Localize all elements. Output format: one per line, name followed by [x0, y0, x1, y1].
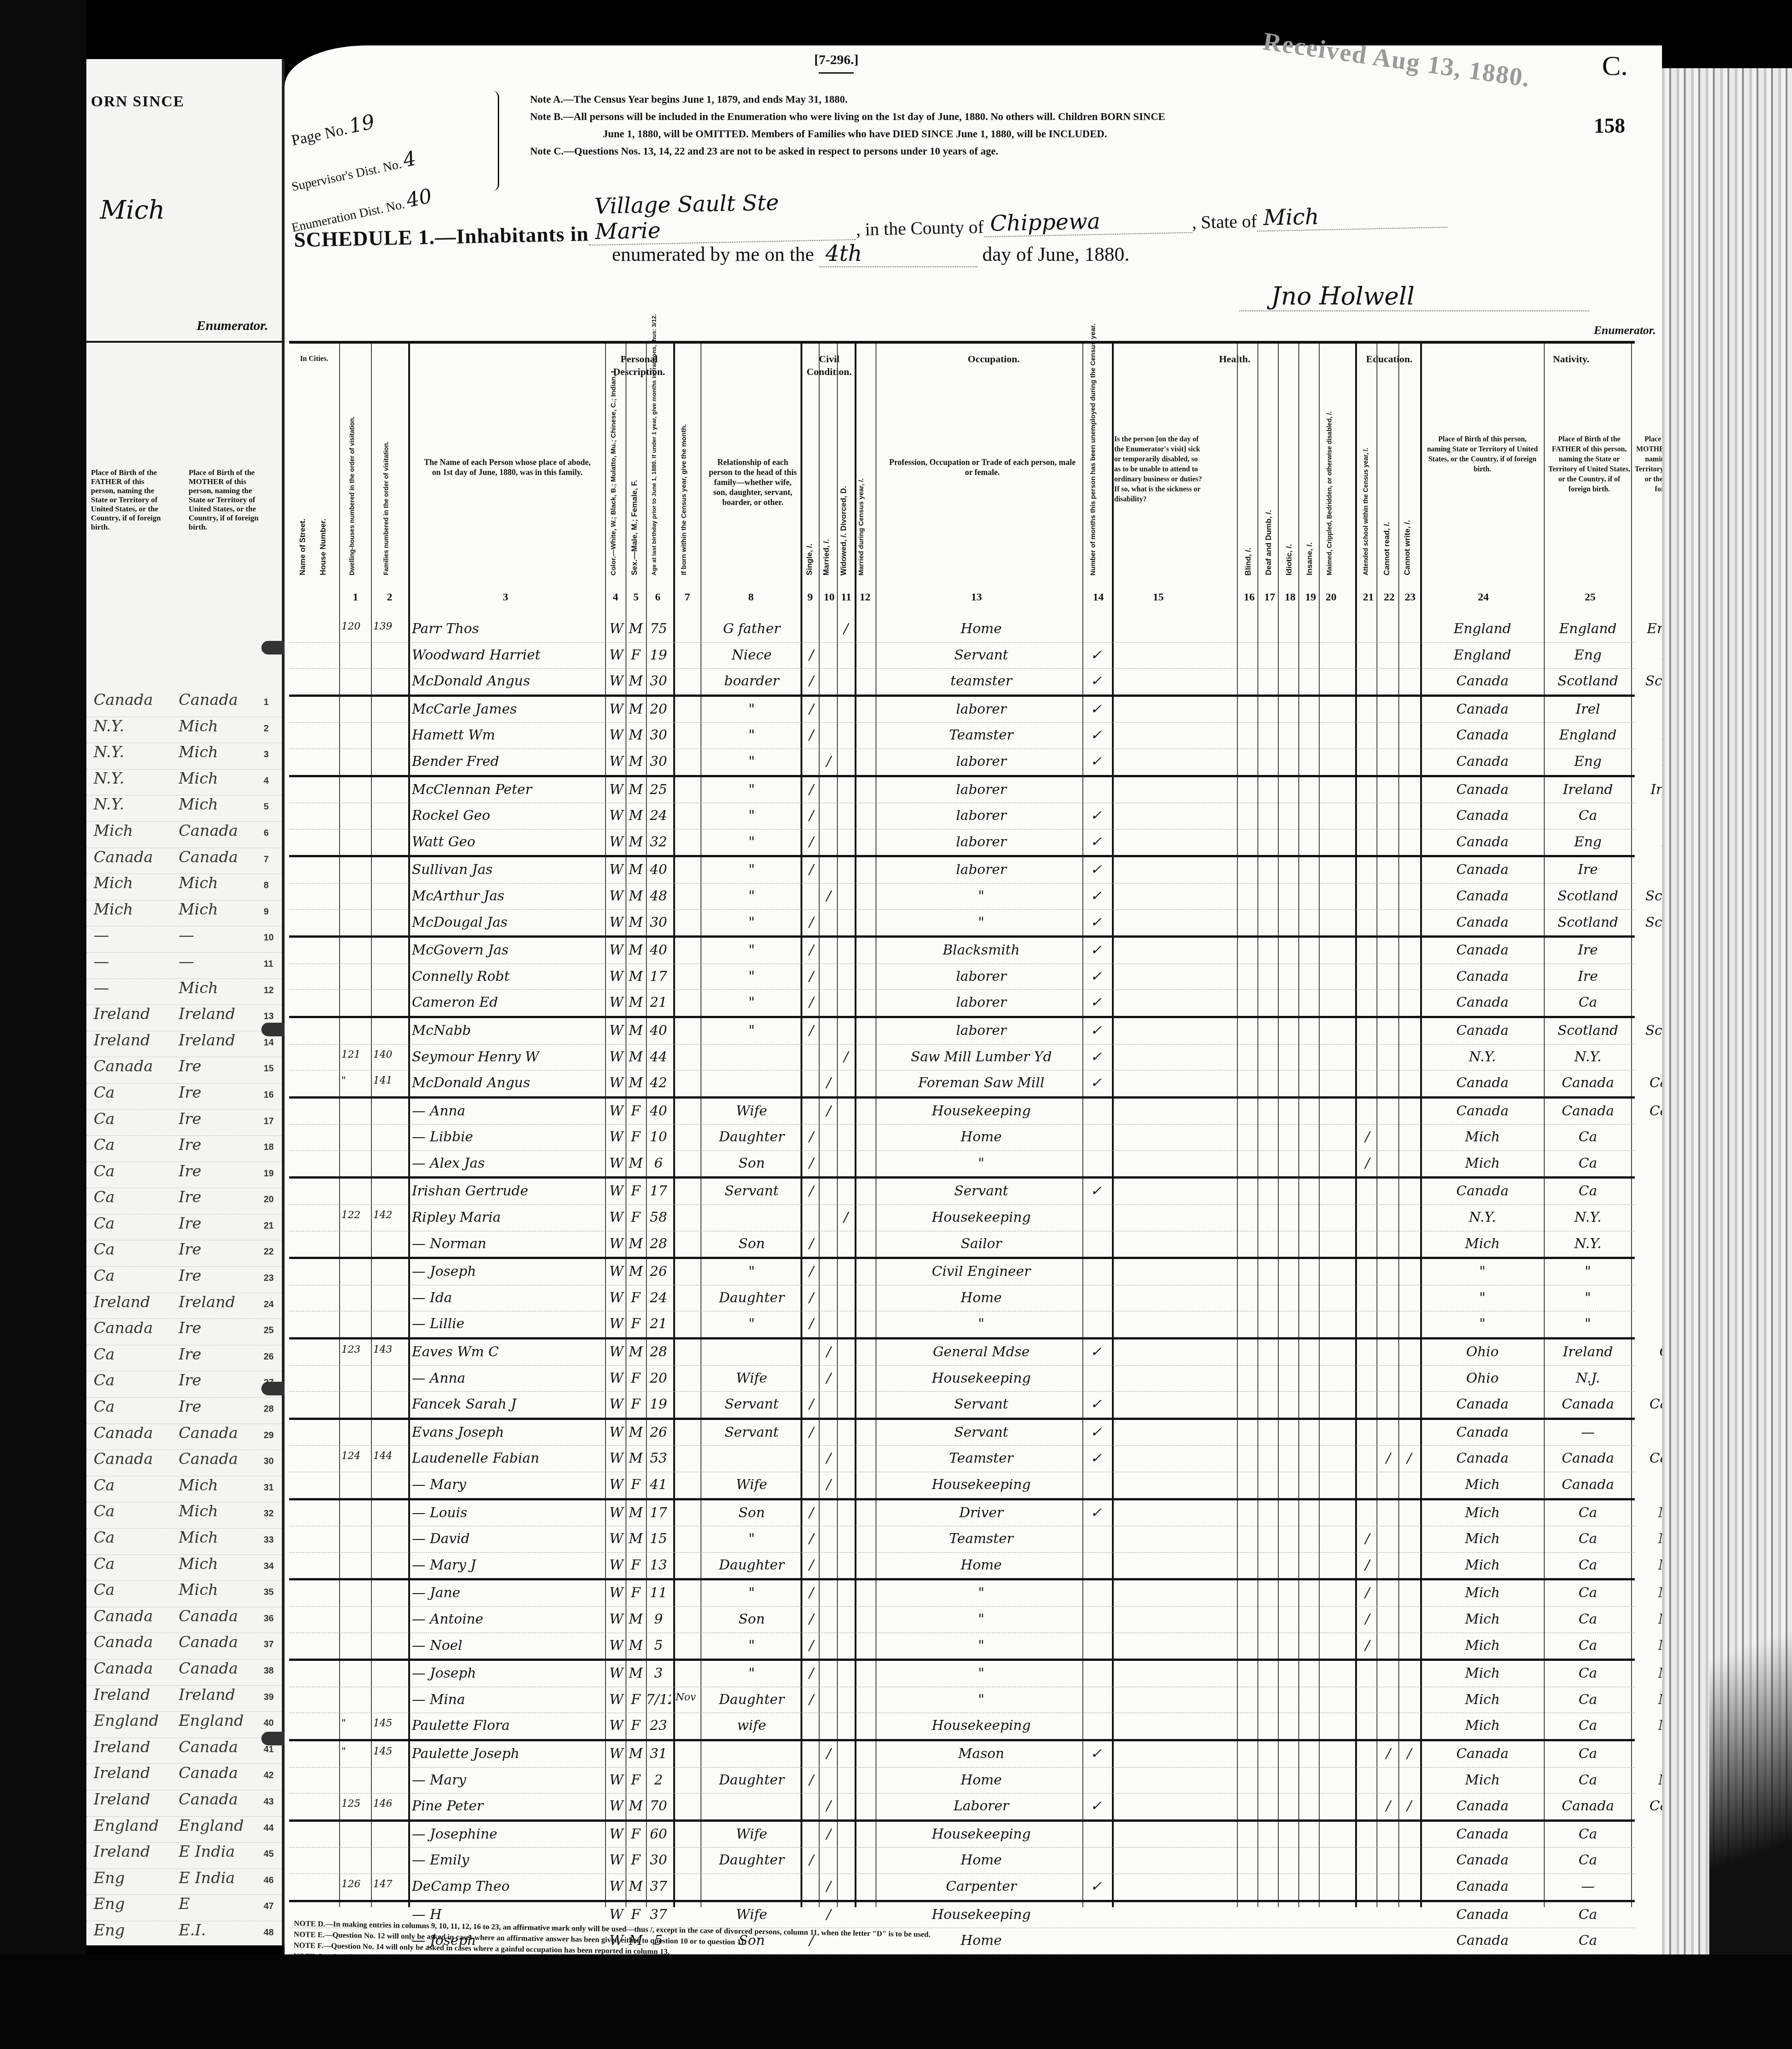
person-name: McGovern Jas [412, 942, 603, 958]
table-row: 122142Ripley MariaWF58/HousekeepingN.Y.N… [289, 1205, 1635, 1231]
person-name: Seymour Henry W [412, 1049, 603, 1065]
meta-brace [491, 91, 499, 191]
header-col23: Cannot write, /. [1403, 520, 1412, 575]
facing-line-number: 10 [256, 926, 282, 952]
facing-mother-birthplace: Mich [171, 1529, 256, 1554]
sex: M [626, 621, 646, 637]
age: 26 [646, 1424, 671, 1440]
unemployed-mark: ✓ [1082, 1798, 1110, 1814]
dwelling-number: 125 [341, 1798, 373, 1809]
father-birthplace: Eng [1545, 834, 1631, 850]
dwelling-number: 126 [341, 1879, 373, 1890]
facing-mother-birthplace: Ire [171, 1240, 256, 1266]
father-birthplace: Ca [1545, 1692, 1631, 1708]
facing-mother-birthplace: Canada [171, 1607, 256, 1633]
facing-page-rule [86, 341, 282, 343]
facing-page-row: MichMich9 [86, 900, 282, 927]
sex: M [626, 1049, 646, 1065]
table-row: — AnnaWF40Wife/HousekeepingCanadaCanadaC… [289, 1099, 1635, 1125]
occupation: laborer [880, 1023, 1082, 1039]
family-number: 143 [373, 1344, 407, 1355]
note-b-line1: Note B.—All persons will be included in … [530, 108, 1576, 125]
relationship: Wife [703, 1907, 801, 1923]
facing-line-number: 31 [256, 1476, 282, 1502]
birthplace: Canada [1421, 1907, 1544, 1923]
single-mark: / [803, 1129, 820, 1145]
age: 60 [646, 1826, 671, 1842]
sex: M [626, 1798, 646, 1814]
facing-father-birthplace: N.Y. [86, 743, 171, 769]
header-col1: Dwelling-houses numbered in the order of… [348, 416, 355, 575]
color: W [607, 1611, 626, 1627]
facing-father-birthplace: Mich [86, 874, 171, 900]
unemployed-mark: ✓ [1082, 1424, 1110, 1440]
age: 75 [646, 621, 671, 637]
facing-page-rows: CanadaCanada1N.Y.Mich2N.Y.Mich3N.Y.Mich4… [86, 691, 282, 1945]
age: 30 [646, 673, 671, 689]
father-birthplace: Canada [1545, 1798, 1631, 1814]
facing-page-row: IrelandIreland13 [86, 1005, 282, 1031]
relationship: " [703, 701, 801, 717]
header-col7: If born within the Census year, give the… [680, 424, 688, 575]
facing-line-number: 21 [256, 1214, 282, 1240]
header-col4: Color.—White, W.; Black, B.; Mulatto, Mu… [610, 369, 617, 575]
facing-father-birthplace: — [86, 926, 171, 952]
form-code: [7-296.] [814, 52, 858, 68]
table-row: Bender FredWM30"/laborer✓CanadaEngEng6 [289, 749, 1635, 777]
color: W [607, 995, 626, 1010]
father-birthplace: N.Y. [1545, 1209, 1631, 1225]
age: 19 [646, 647, 671, 663]
header-street: Name of Street. [298, 519, 307, 575]
facing-father-birthplace: Ca [86, 1502, 171, 1528]
day-suffix: day of June, 1880. [982, 243, 1130, 265]
sex: M [626, 1611, 646, 1627]
person-name: Evans Joseph [412, 1424, 603, 1440]
attended-school-mark: / [1357, 1129, 1377, 1145]
birthplace: Mich [1421, 1505, 1544, 1521]
occupation: Home [880, 1290, 1082, 1306]
age: 31 [646, 1746, 671, 1762]
father-birthplace: Ca [1545, 1826, 1631, 1842]
facing-line-number: 7 [256, 848, 282, 874]
person-name: — Emily [412, 1852, 603, 1868]
father-birthplace: — [1545, 1879, 1631, 1894]
birthplace: Canada [1421, 1103, 1544, 1119]
father-birthplace: Ireland [1545, 1344, 1631, 1360]
unemployed-mark: ✓ [1082, 647, 1110, 663]
person-name: — Mary [412, 1772, 603, 1788]
facing-father-birthplace: Eng [86, 1921, 171, 1945]
widowed-mark: / [837, 1049, 855, 1065]
relationship: Wife [703, 1370, 801, 1386]
relationship: " [703, 1665, 801, 1681]
color: W [607, 834, 626, 850]
occupation: laborer [880, 862, 1082, 878]
person-name: Paulette Flora [412, 1718, 603, 1734]
father-birthplace: Ca [1545, 1852, 1631, 1868]
facing-mother-birthplace: Ireland [171, 1293, 256, 1319]
relationship: Daughter [703, 1557, 801, 1573]
facing-line-number: 48 [256, 1921, 282, 1945]
header-col18: Idiotic, /. [1285, 544, 1294, 575]
facing-line-number: 34 [256, 1555, 282, 1581]
father-birthplace: Ire [1545, 969, 1631, 985]
unemployed-mark: ✓ [1082, 1344, 1110, 1360]
occupation: Teamster [880, 1531, 1082, 1547]
scan-background [0, 1954, 1792, 2049]
occupation: laborer [880, 969, 1082, 985]
family-number: 145 [373, 1718, 407, 1729]
facing-mother-birthplace: Canada [171, 822, 256, 848]
facing-line-number: 12 [256, 979, 282, 1005]
sex: F [626, 1772, 646, 1788]
table-row: — NoelWM5"/"/MichCaMich39 [289, 1633, 1635, 1661]
birthplace: Canada [1421, 915, 1544, 930]
single-mark: / [803, 1264, 820, 1279]
column-number: 23 [1405, 591, 1416, 604]
person-name: — Noel [412, 1638, 603, 1654]
birthplace: Canada [1421, 1798, 1544, 1814]
relationship: " [703, 1316, 801, 1332]
facing-father-birthplace: Ca [86, 1084, 171, 1109]
table-row: — IdaWF24Daughter/Home"""26 [289, 1285, 1635, 1312]
unemployed-mark: ✓ [1082, 1075, 1110, 1091]
facing-father-birthplace: Canada [86, 1450, 171, 1476]
sex: M [626, 1075, 646, 1091]
married-mark: / [820, 1477, 837, 1493]
header-col14: Number of months this person has been un… [1089, 324, 1097, 575]
facing-line-number: 16 [256, 1084, 282, 1109]
relationship: Wife [703, 1477, 801, 1493]
father-birthplace: Irel [1545, 701, 1631, 717]
facing-page-row: CanadaIre15 [86, 1057, 282, 1084]
single-mark: / [803, 1424, 820, 1440]
father-birthplace: Ca [1545, 1505, 1631, 1521]
occupation: Housekeeping [880, 1103, 1082, 1119]
occupation: laborer [880, 995, 1082, 1010]
unemployed-mark: ✓ [1082, 888, 1110, 904]
facing-line-number: 22 [256, 1240, 282, 1266]
person-name: — Mary [412, 1477, 603, 1493]
facing-page-row: CaIre20 [86, 1188, 282, 1214]
relationship: Son [703, 1505, 801, 1521]
occupation: General Mdse [880, 1344, 1082, 1360]
facing-mother-birthplace: Canada [171, 1424, 256, 1450]
facing-father-birthplace: Canada [86, 1057, 171, 1083]
facing-line-number: 15 [256, 1057, 282, 1083]
header-col20: Maimed, Crippled, Bedridden, or otherwis… [1326, 411, 1333, 575]
table-row: — JosephWM3"/"MichCaMich40 [289, 1661, 1635, 1687]
birthplace: Canada [1421, 754, 1544, 770]
color: W [607, 1103, 626, 1119]
color: W [607, 888, 626, 904]
facing-page-enumerator-label: Enumerator. [196, 318, 268, 334]
column-number: 7 [685, 591, 690, 604]
facing-page-row: EngE.I.48 [86, 1921, 282, 1945]
facing-father-birthplace: Canada [86, 848, 171, 874]
table-row: — JosephWM26"/Civil Engineer"""25 [289, 1259, 1635, 1285]
facing-mother-birthplace: Ire [171, 1084, 256, 1109]
sex: M [626, 701, 646, 717]
color: W [607, 1746, 626, 1762]
single-mark: / [803, 701, 820, 717]
header-col13: Profession, Occupation or Trade of each … [885, 457, 1080, 477]
single-mark: / [803, 1236, 820, 1252]
father-birthplace: Ca [1545, 1129, 1631, 1145]
occupation: laborer [880, 834, 1082, 850]
facing-page-row: CanadaCanada36 [86, 1607, 282, 1634]
birthplace: Mich [1421, 1557, 1544, 1573]
relationship: Servant [703, 1424, 801, 1440]
unemployed-mark: ✓ [1082, 1505, 1110, 1521]
father-birthplace: " [1545, 1316, 1631, 1332]
facing-page-row: EnglandEngland40 [86, 1712, 282, 1738]
facing-page-row: CaMich35 [86, 1581, 282, 1607]
facing-page-row: CaMich34 [86, 1555, 282, 1581]
birthplace: Mich [1421, 1236, 1544, 1252]
occupation: Teamster [880, 1450, 1082, 1466]
unemployed-mark: ✓ [1082, 1183, 1110, 1199]
birthplace: Canada [1421, 888, 1544, 904]
facing-mother-birthplace: Canada [171, 1738, 256, 1764]
column-number: 2 [387, 591, 392, 604]
facing-page-row: CanadaCanada30 [86, 1450, 282, 1476]
birthplace: N.Y. [1421, 1049, 1544, 1065]
column-number: 10 [824, 591, 835, 604]
facing-father-birthplace: Eng [86, 1869, 171, 1895]
facing-line-number: 2 [256, 717, 282, 743]
facing-page-row: CaIre17 [86, 1110, 282, 1136]
facing-father-birthplace: Ireland [86, 1686, 171, 1712]
column-number: 14 [1093, 591, 1104, 604]
father-birthplace: " [1545, 1264, 1631, 1279]
facing-mother-birthplace: Ire [171, 1214, 256, 1240]
facing-father-birthplace: Ca [86, 1188, 171, 1214]
facing-father-birthplace: Ca [86, 1240, 171, 1266]
single-mark: / [803, 1505, 820, 1521]
color: W [607, 1826, 626, 1842]
table-row: Cameron EdWM21"/laborer✓CanadaCaCa15 [289, 990, 1635, 1018]
person-name: — Antoine [412, 1611, 603, 1627]
father-birthplace: N.J. [1545, 1370, 1631, 1386]
enumeration-day-field: 4th [819, 241, 977, 267]
facing-line-number: 6 [256, 822, 282, 848]
occupation: " [880, 1638, 1082, 1654]
unemployed-mark: ✓ [1082, 942, 1110, 958]
father-birthplace: Scotland [1545, 915, 1631, 930]
facing-mother-birthplace: Ire [171, 1136, 256, 1162]
father-birthplace: Canada [1545, 1396, 1631, 1412]
color: W [607, 1692, 626, 1708]
table-row: McDonald AngusWM30boarder/teamster✓Canad… [289, 669, 1635, 697]
sex: F [626, 1209, 646, 1225]
facing-line-number: 9 [256, 900, 282, 926]
birthplace: Canada [1421, 995, 1544, 1010]
age: 21 [646, 995, 671, 1010]
family-number: 147 [373, 1879, 407, 1890]
color: W [607, 1155, 626, 1171]
column-number: 5 [633, 591, 639, 604]
state-label: , State of [1191, 210, 1257, 233]
facing-father-birthplace: Canada [86, 1319, 171, 1345]
column-number: 1 [353, 591, 358, 604]
facing-line-number: 26 [256, 1345, 282, 1371]
age: 30 [646, 1852, 671, 1868]
occupation: " [880, 1665, 1082, 1681]
birthplace: " [1421, 1290, 1544, 1306]
table-row: — NormanWM28Son/SailorMichN.Y.N.Y.24 [289, 1231, 1635, 1259]
facing-page-row: CaMich32 [86, 1502, 282, 1529]
facing-page-row: CanadaCanada38 [86, 1659, 282, 1686]
facing-page-row: CaIre18 [86, 1136, 282, 1162]
facing-page-row: CaIre28 [86, 1398, 282, 1424]
received-stamp: Received Aug 13, 1880. [1261, 27, 1532, 93]
age: 21 [646, 1316, 671, 1332]
sex: M [626, 754, 646, 770]
birthplace: Mich [1421, 1718, 1544, 1734]
father-birthplace: England [1545, 621, 1631, 637]
facing-page-row: —Mich12 [86, 979, 282, 1005]
facing-line-number: 1 [256, 691, 282, 717]
family-number: 146 [373, 1798, 407, 1809]
color: W [607, 1852, 626, 1868]
single-mark: / [803, 1611, 820, 1627]
relationship: " [703, 1638, 801, 1654]
facing-mother-birthplace: Mich [171, 795, 256, 821]
place-field: Village Sault Ste Marie [588, 188, 856, 245]
occupation: Sailor [880, 1236, 1082, 1252]
sex: F [626, 1585, 646, 1601]
color: W [607, 1344, 626, 1360]
color: W [607, 862, 626, 878]
occupation: " [880, 1155, 1082, 1171]
facing-father-birthplace: Ireland [86, 1031, 171, 1057]
age: 26 [646, 1264, 671, 1279]
note-c: Note C.—Questions Nos. 13, 14, 22 and 23… [530, 143, 1576, 160]
relationship: " [703, 1023, 801, 1039]
facing-line-number: 28 [256, 1398, 282, 1424]
relationship: Daughter [703, 1290, 801, 1306]
father-birthplace: Ca [1545, 1638, 1631, 1654]
header-col9: Single, /. [805, 544, 814, 575]
occupation: " [880, 1611, 1082, 1627]
facing-line-number: 45 [256, 1843, 282, 1869]
occupation: laborer [880, 808, 1082, 824]
note-b-line2: June 1, 1880, will be OMITTED. Members o… [530, 125, 1576, 143]
facing-line-number: 43 [256, 1790, 282, 1816]
person-name: Sullivan Jas [412, 862, 603, 878]
occupation: Mason [880, 1746, 1082, 1762]
table-row: "145Paulette FloraWF23wifeHousekeepingMi… [289, 1713, 1635, 1741]
married-mark: / [820, 1826, 837, 1842]
enumerator-signature: Jno Holwell [1239, 282, 1589, 311]
sex: M [626, 888, 646, 904]
person-name: — Anna [412, 1370, 603, 1386]
table-row: Woodward HarrietWF19Niece/Servant✓Englan… [289, 643, 1635, 669]
birthplace: Ohio [1421, 1370, 1544, 1386]
table-row: — AntoineWM9Son/"/MichCaMich38 [289, 1607, 1635, 1633]
age: 70 [646, 1798, 671, 1814]
facing-line-number: 23 [256, 1267, 282, 1293]
occupation: Blacksmith [880, 942, 1082, 958]
father-birthplace: Scotland [1545, 673, 1631, 689]
color: W [607, 1209, 626, 1225]
father-birthplace: Canada [1545, 1103, 1631, 1119]
single-mark: / [803, 673, 820, 689]
color: W [607, 1236, 626, 1252]
table-row: Hamett WmWM30"/Teamster✓CanadaEnglandEng… [289, 723, 1635, 749]
facing-line-number: 36 [256, 1607, 282, 1633]
sheet-number: 158 [1594, 114, 1625, 138]
color: W [607, 1316, 626, 1332]
person-name: — Louis [412, 1505, 603, 1521]
facing-page-row: EngE India46 [86, 1869, 282, 1895]
age: 19 [646, 1396, 671, 1412]
table-row: — EmilyWF30Daughter/HomeCanadaCaCa47 [289, 1848, 1635, 1874]
facing-page-fragment: ORN SINCE Mich Enumerator. Place of Birt… [86, 59, 285, 1945]
facing-line-number: 3 [256, 743, 282, 769]
age: 5 [646, 1638, 671, 1654]
relationship: Niece [703, 647, 801, 663]
facing-page-row: ——11 [86, 953, 282, 979]
age: 44 [646, 1049, 671, 1065]
facing-mother-birthplace: — [171, 953, 256, 979]
color: W [607, 1290, 626, 1306]
occupation: Servant [880, 1424, 1082, 1440]
dwelling-number: 120 [341, 621, 373, 632]
occupation: Home [880, 1557, 1082, 1573]
occupation: " [880, 1692, 1082, 1708]
father-birthplace: Ca [1545, 1585, 1631, 1601]
color: W [607, 782, 626, 798]
table-header: In Cities. Personal Description. Civil C… [289, 344, 1635, 616]
father-birthplace: Ireland [1545, 782, 1631, 798]
unemployed-mark: ✓ [1082, 862, 1110, 878]
table-row: — Mary JWF13Daughter/Home/MichCaMich36 [289, 1553, 1635, 1581]
occupation: " [880, 915, 1082, 930]
dwelling-number: 124 [341, 1450, 373, 1462]
sex: F [626, 1557, 646, 1573]
sex: F [626, 1692, 646, 1708]
occupation: Servant [880, 647, 1082, 663]
age: 41 [646, 1477, 671, 1493]
sex: M [626, 1531, 646, 1547]
birthplace: Canada [1421, 1450, 1544, 1466]
column-number: 15 [1153, 591, 1164, 604]
relationship: " [703, 727, 801, 743]
birthplace: Canada [1421, 1075, 1544, 1091]
census-rows: 120139Parr ThosWM75G father/HomeEnglandE… [289, 616, 1635, 1954]
married-mark: / [820, 1907, 837, 1923]
table-row: McGovern JasWM40"/Blacksmith✓CanadaIreIr… [289, 938, 1635, 964]
family-number: 142 [373, 1209, 407, 1221]
column-number: 4 [613, 591, 618, 604]
table-row: Irishan GertrudeWF17Servant/Servant✓Cana… [289, 1179, 1635, 1205]
relationship: " [703, 969, 801, 985]
facing-line-number: 44 [256, 1817, 282, 1843]
table-row: McNabbWM40"/laborer✓CanadaScotlandScotla… [289, 1018, 1635, 1044]
occupation: Teamster [880, 727, 1082, 743]
unemployed-mark: ✓ [1082, 915, 1110, 930]
facing-line-number: 19 [256, 1162, 282, 1188]
attended-school-mark: / [1357, 1155, 1377, 1171]
father-birthplace: Canada [1545, 1450, 1631, 1466]
facing-page-state: Mich [100, 195, 165, 225]
unemployed-mark: ✓ [1082, 1396, 1110, 1412]
color: W [607, 1424, 626, 1440]
person-name: — Jane [412, 1585, 603, 1601]
